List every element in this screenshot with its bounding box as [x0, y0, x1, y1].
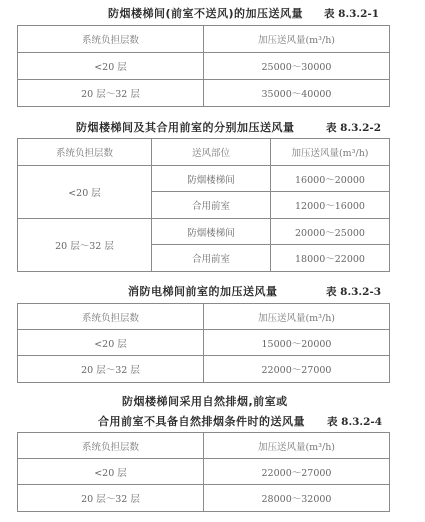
table-2-title: 防烟楼梯间及其合用前室的分别加压送风量 [76, 119, 295, 135]
table-row: <20 层 15000～20000 [18, 330, 390, 356]
table-row: 20 层～32 层 28000～32000 [18, 485, 390, 512]
location-cell: 合用前室 [152, 245, 271, 272]
table-1-number: 表 8.3.2-1 [324, 6, 379, 21]
column-header: 送风部位 [152, 139, 271, 166]
table-3-number: 表 8.3.2-3 [326, 284, 381, 299]
volume-cell: 15000～20000 [204, 330, 390, 356]
floors-cell: 20 层～32 层 [18, 356, 204, 383]
volume-cell: 18000～22000 [271, 245, 390, 272]
table-4: 系统负担层数 加压送风量(m³/h) <20 层 22000～27000 20 … [17, 432, 390, 512]
column-header: 加压送风量(m³/h) [204, 26, 390, 53]
table-row: 20 层～32 层 22000～27000 [18, 356, 390, 383]
floors-cell: <20 层 [18, 166, 152, 219]
volume-cell: 35000～40000 [204, 80, 390, 107]
floors-cell: <20 层 [18, 53, 204, 80]
volume-cell: 25000～30000 [204, 53, 390, 80]
volume-cell: 22000～27000 [204, 356, 390, 383]
table-4-number: 表 8.3.2-4 [327, 414, 382, 429]
table-header-row: 系统负担层数 加压送风量(m³/h) [18, 433, 390, 459]
table-2-number: 表 8.3.2-2 [326, 120, 381, 135]
floors-cell: 20 层～32 层 [18, 219, 152, 272]
table-row: 20 层～32 层 防烟楼梯间 20000～25000 [18, 219, 390, 245]
column-header: 加压送风量(m³/h) [271, 139, 390, 166]
floors-cell: 20 层～32 层 [18, 80, 204, 107]
table-4-title-line1: 防烟楼梯间采用自然排烟,前室或 [122, 393, 288, 409]
volume-cell: 12000～16000 [271, 192, 390, 219]
table-2: 系统负担层数 送风部位 加压送风量(m³/h) <20 层 防烟楼梯间 1600… [17, 138, 390, 272]
column-header: 加压送风量(m³/h) [204, 433, 390, 459]
table-row: 20 层～32 层 35000～40000 [18, 80, 390, 107]
volume-cell: 16000～20000 [271, 166, 390, 192]
table-header-row: 系统负担层数 加压送风量(m³/h) [18, 26, 390, 53]
location-cell: 防烟楼梯间 [152, 166, 271, 192]
table-1-title: 防烟楼梯间(前室不送风)的加压送风量 [108, 5, 303, 21]
location-cell: 防烟楼梯间 [152, 219, 271, 245]
table-1: 系统负担层数 加压送风量(m³/h) <20 层 25000～30000 20 … [17, 25, 390, 107]
floors-cell: 20 层～32 层 [18, 485, 204, 512]
column-header: 系统负担层数 [18, 139, 152, 166]
floors-cell: <20 层 [18, 330, 204, 356]
floors-cell: <20 层 [18, 459, 204, 485]
column-header: 加压送风量(m³/h) [204, 304, 390, 330]
volume-cell: 28000～32000 [204, 485, 390, 512]
volume-cell: 22000～27000 [204, 459, 390, 485]
column-header: 系统负担层数 [18, 433, 204, 459]
table-row: <20 层 22000～27000 [18, 459, 390, 485]
location-cell: 合用前室 [152, 192, 271, 219]
table-row: <20 层 25000～30000 [18, 53, 390, 80]
table-3: 系统负担层数 加压送风量(m³/h) <20 层 15000～20000 20 … [17, 303, 390, 383]
table-header-row: 系统负担层数 加压送风量(m³/h) [18, 304, 390, 330]
table-header-row: 系统负担层数 送风部位 加压送风量(m³/h) [18, 139, 390, 166]
table-3-title: 消防电梯间前室的加压送风量 [128, 283, 278, 299]
column-header: 系统负担层数 [18, 26, 204, 53]
table-row: <20 层 防烟楼梯间 16000～20000 [18, 166, 390, 192]
volume-cell: 20000～25000 [271, 219, 390, 245]
column-header: 系统负担层数 [18, 304, 204, 330]
table-4-title-line2: 合用前室不具备自然排烟条件时的送风量 [98, 413, 305, 429]
